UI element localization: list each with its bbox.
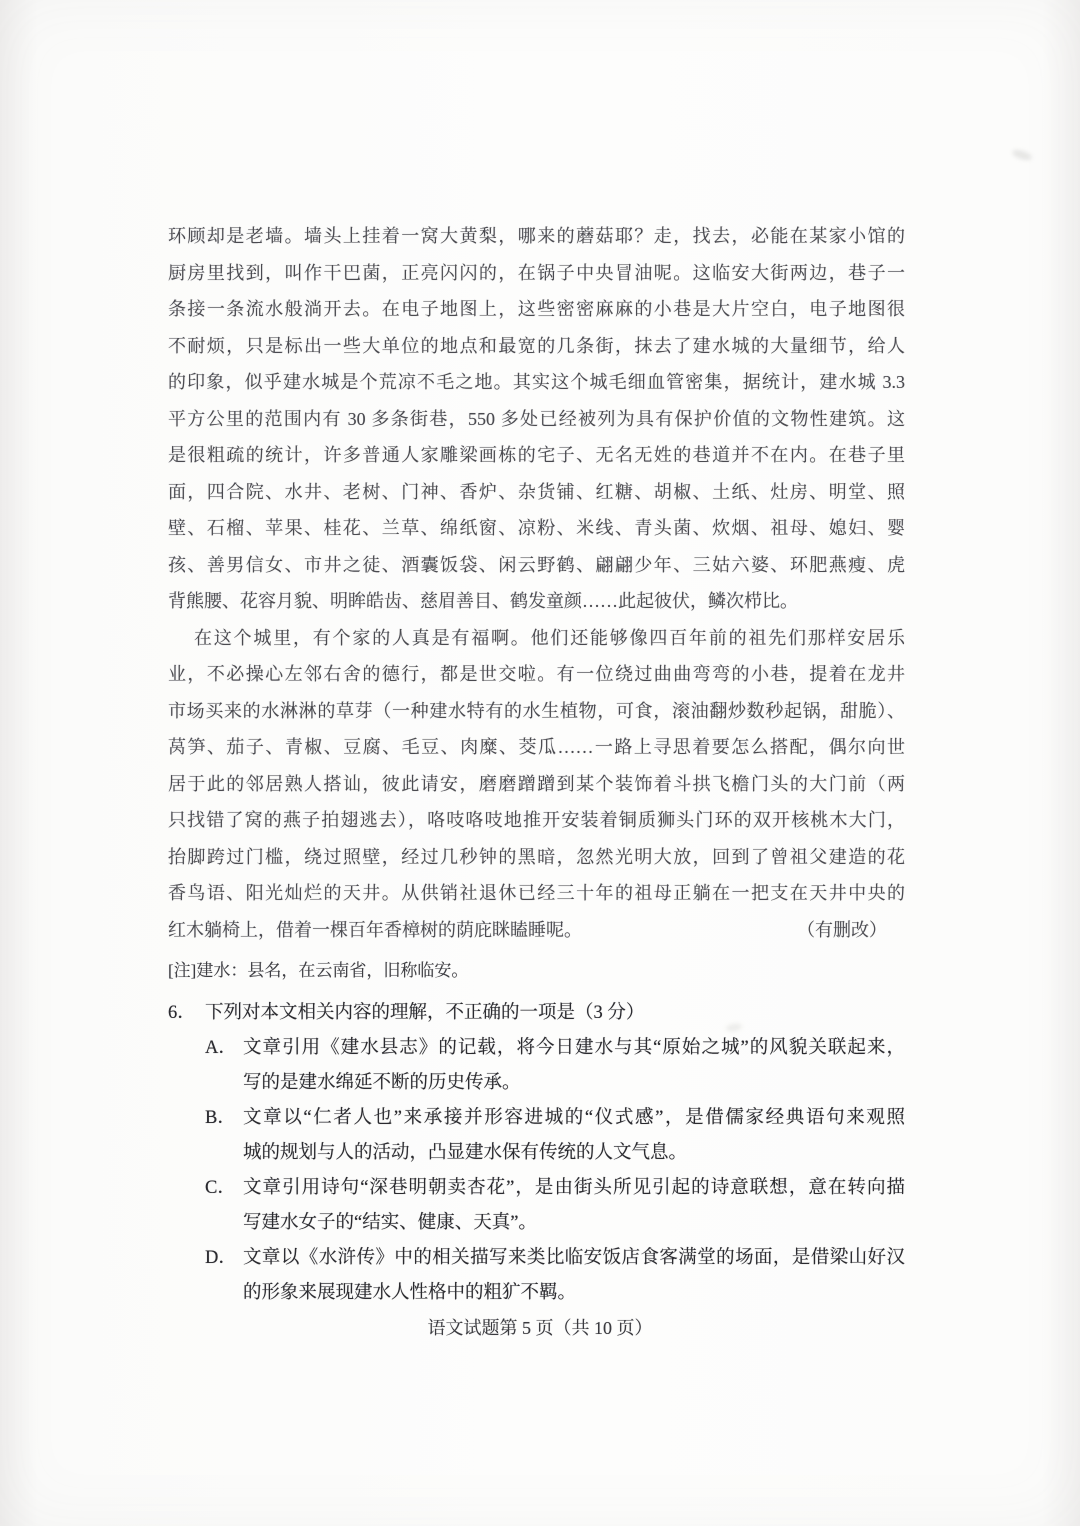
option-text: 写建水女子的“结实、健康、天真”。 xyxy=(243,1206,905,1241)
passage-paragraph-2: 在这个城里，有个家的人真是有福啊。他们还能够像四百年前的祖先们那样安居乐业，不必… xyxy=(168,620,905,912)
passage-line: 平方公里的范围内有 30 多条街巷，550 多处已经被列为具有保护价值的文物性建… xyxy=(168,401,905,438)
option-text: 的形象来展现建水人性格中的粗犷不羁。 xyxy=(243,1276,905,1311)
option-text: 文章以《水浒传》中的相关描写来类比临安饭店食客满堂的场面，是借梁山好汉 xyxy=(243,1241,905,1276)
option-label xyxy=(205,1206,243,1241)
passage-line: 背熊腰、花容月貌、明眸皓齿、慈眉善目、鹤发童颜……此起彼伏，鳞次栉比。 xyxy=(168,583,905,620)
option-label: C． xyxy=(205,1171,243,1206)
option-row: 写建水女子的“结实、健康、天真”。 xyxy=(168,1206,905,1241)
passage-line: 环顾却是老墙。墙头上挂着一窝大黄梨，哪来的蘑菇耶？走，找去，必能在某家小馆的 xyxy=(168,218,905,255)
question-stem-row: 6． 下列对本文相关内容的理解，不正确的一项是（3 分） xyxy=(168,996,905,1031)
option-label: D． xyxy=(205,1241,243,1276)
passage-line: 居于此的邻居熟人搭讪，彼此请安，磨磨蹭蹭到某个装饰着斗拱飞檐门头的大门前（两 xyxy=(168,766,905,803)
passage-line: 业，不必操心左邻右舍的德行，都是世交啦。有一位绕过曲曲弯弯的小巷，提着在龙井 xyxy=(168,656,905,693)
option-label: B． xyxy=(205,1101,243,1136)
passage-line-text: 红木躺椅上，借着一棵百年香樟树的荫庇眯瞌睡呢。 xyxy=(168,912,582,949)
question-stem: 下列对本文相关内容的理解，不正确的一项是（3 分） xyxy=(205,996,644,1031)
passage-line: 面，四合院、水井、老树、门神、香炉、杂货铺、红糖、胡椒、土纸、灶房、明堂、照 xyxy=(168,474,905,511)
passage-note: [注]建水：县名，在云南省，旧称临安。 xyxy=(168,954,905,988)
option-row: 写的是建水绵延不断的历史传承。 xyxy=(168,1066,905,1101)
option-row: C．文章引用诗句“深巷明朝卖杏花”，是由街头所见引起的诗意联想，意在转向描 xyxy=(168,1171,905,1206)
option-text: 写的是建水绵延不断的历史传承。 xyxy=(243,1066,905,1101)
passage-line: 抬脚跨过门槛，绕过照壁，经过几秒钟的黑暗，忽然光明大放，回到了曾祖父建造的花 xyxy=(168,839,905,876)
text-column: 环顾却是老墙。墙头上挂着一窝大黄梨，哪来的蘑菇耶？走，找去，必能在某家小馆的厨房… xyxy=(168,218,905,1311)
option-text: 文章引用《建水县志》的记载，将今日建水与其“原始之城”的风貌关联起来， xyxy=(243,1031,905,1066)
option-text: 文章以“仁者人也”来承接并形容进城的“仪式感”，是借儒家经典语句来观照 xyxy=(243,1101,905,1136)
option-label xyxy=(205,1276,243,1311)
page-footer: 语文试题第 5 页（共 10 页） xyxy=(0,1310,1080,1346)
option-label: A． xyxy=(205,1031,243,1066)
passage-line: 市场买来的水淋淋的草芽（一种建水特有的水生植物，可食，滚油翻炒数秒起锅，甜脆）、 xyxy=(168,693,905,730)
passage-line: 孩、善男信女、市井之徒、酒囊饭袋、闲云野鹤、翩翩少年、三姑六婆、环肥燕瘦、虎 xyxy=(168,547,905,584)
scan-smudge xyxy=(1011,148,1032,162)
passage-line: 条接一条流水般淌开去。在电子地图上，这些密密麻麻的小巷是大片空白，电子地图很 xyxy=(168,291,905,328)
option-text: 城的规划与人的活动，凸显建水保有传统的人文气息。 xyxy=(243,1136,905,1171)
option-text: 文章引用诗句“深巷明朝卖杏花”，是由街头所见引起的诗意联想，意在转向描 xyxy=(243,1171,905,1206)
passage-line: 在这个城里，有个家的人真是有福啊。他们还能够像四百年前的祖先们那样安居乐 xyxy=(168,620,905,657)
passage-credit: （有删改） xyxy=(797,912,905,949)
passage-line: 是很粗疏的统计，许多普通人家雕梁画栋的宅子、无名无姓的巷道并不在内。在巷子里 xyxy=(168,437,905,474)
passage-paragraph-1: 环顾却是老墙。墙头上挂着一窝大黄梨，哪来的蘑菇耶？走，找去，必能在某家小馆的厨房… xyxy=(168,218,905,620)
option-row: A．文章引用《建水县志》的记载，将今日建水与其“原始之城”的风貌关联起来， xyxy=(168,1031,905,1066)
exam-page: 环顾却是老墙。墙头上挂着一窝大黄梨，哪来的蘑菇耶？走，找去，必能在某家小馆的厨房… xyxy=(0,0,1080,1526)
passage-line: 香鸟语、阳光灿烂的天井。从供销社退休已经三十年的祖母正躺在一把支在天井中央的 xyxy=(168,875,905,912)
passage-line: 厨房里找到，叫作干巴菌，正亮闪闪的，在锅子中央冒油呢。这临安大街两边，巷子一 xyxy=(168,255,905,292)
option-row: 的形象来展现建水人性格中的粗犷不羁。 xyxy=(168,1276,905,1311)
question-number: 6． xyxy=(168,996,205,1031)
passage-line: 只找错了窝的燕子拍翅逃去），咯吱咯吱地推开安装着铜质狮头门环的双开核桃木大门， xyxy=(168,802,905,839)
passage-line: 红木躺椅上，借着一棵百年香樟树的荫庇眯瞌睡呢。 （有删改） xyxy=(168,912,905,949)
passage-line: 不耐烦，只是标出一些大单位的地点和最宽的几条街，抹去了建水城的大量细节，给人 xyxy=(168,328,905,365)
option-row: D．文章以《水浒传》中的相关描写来类比临安饭店食客满堂的场面，是借梁山好汉 xyxy=(168,1241,905,1276)
question-6: 6． 下列对本文相关内容的理解，不正确的一项是（3 分） A．文章引用《建水县志… xyxy=(168,996,905,1311)
option-label xyxy=(205,1136,243,1171)
options-list: A．文章引用《建水县志》的记载，将今日建水与其“原始之城”的风貌关联起来，写的是… xyxy=(168,1031,905,1311)
passage-line: 的印象，似乎建水城是个荒凉不毛之地。其实这个城毛细血管密集，据统计，建水城 3.… xyxy=(168,364,905,401)
option-row: B．文章以“仁者人也”来承接并形容进城的“仪式感”，是借儒家经典语句来观照 xyxy=(168,1101,905,1136)
passage-line: 壁、石榴、苹果、桂花、兰草、绵纸窗、凉粉、米线、青头菌、炊烟、祖母、媳妇、婴 xyxy=(168,510,905,547)
option-row: 城的规划与人的活动，凸显建水保有传统的人文气息。 xyxy=(168,1136,905,1171)
passage-line: 莴笋、茄子、青椒、豆腐、毛豆、肉糜、茭瓜……一路上寻思着要怎么搭配，偶尔向世 xyxy=(168,729,905,766)
option-label xyxy=(205,1066,243,1101)
